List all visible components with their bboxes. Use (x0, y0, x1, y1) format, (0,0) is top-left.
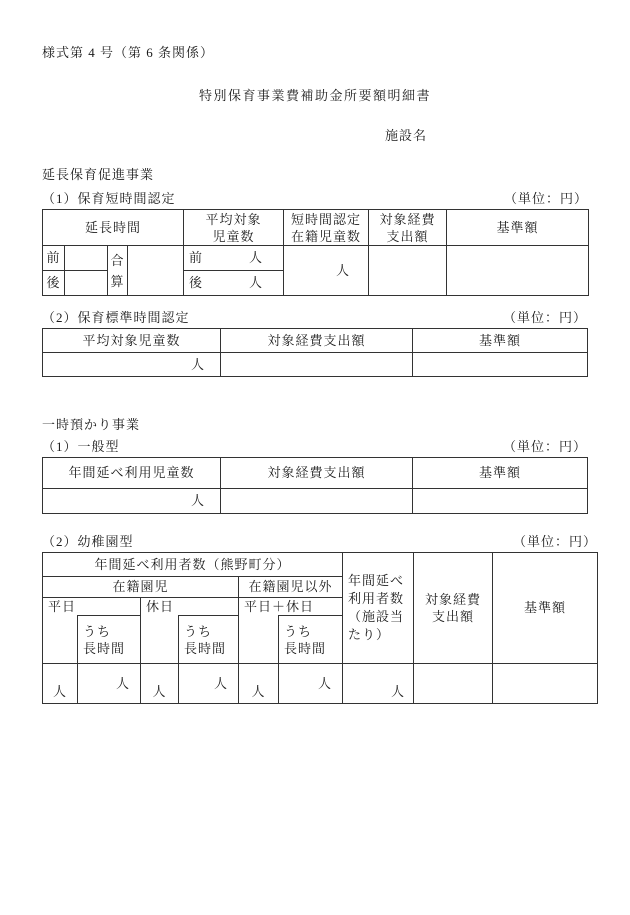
row-label-front: 前 (43, 246, 65, 271)
col-header-standard-amount: 基準額 (413, 329, 588, 353)
weekday-holiday-long-cell: 人 (279, 664, 343, 704)
col-header-expense: 対象経費 支出額 (369, 210, 447, 246)
spacer-cell (141, 616, 179, 664)
col-header-avg-children: 平均対象児童数 (43, 329, 221, 353)
weekday-holiday-total-cell: 人 (239, 664, 279, 704)
form-number: 様式第 4 号（第 6 条関係） (42, 45, 597, 61)
unit-person: 人 (249, 250, 263, 266)
subsection-short-time-title: （1）保育短時間認定 (42, 191, 176, 207)
spacer-cell (239, 616, 279, 664)
general-type-table: 年間延べ利用児童数 対象経費支出額 基準額 人 (42, 457, 588, 514)
col-header-short-time-enrolled: 短時間認定 在籍児童数 (284, 210, 369, 246)
unit-label: （単位：円） (503, 439, 587, 455)
holiday-total-cell: 人 (141, 664, 179, 704)
input-cell-extension-front (65, 246, 108, 271)
col-header-enrolled: 在籍園児 (43, 577, 239, 598)
col-header-standard-amount: 基準額 (413, 458, 588, 489)
input-cell-expense (414, 664, 493, 704)
col-header-weekday: 平日 (43, 598, 141, 616)
input-cell-standard (413, 353, 588, 377)
input-cell-standard (413, 489, 588, 514)
avg-children-cell: 人 (43, 353, 221, 377)
subsection-standard-time-title: （2）保育標準時間認定 (42, 310, 190, 326)
annual-children-cell: 人 (43, 489, 221, 514)
col-header-long-hours: うち 長時間 (179, 616, 239, 664)
col-header-expense: 対象経費支出額 (221, 458, 413, 489)
col-header-extension-time: 延長時間 (43, 210, 184, 246)
input-cell-expense (221, 353, 413, 377)
weekday-long-cell: 人 (78, 664, 141, 704)
holiday-long-cell: 人 (179, 664, 239, 704)
input-cell-expense (369, 246, 447, 296)
col-header-expense: 対象経費 支出額 (414, 553, 493, 664)
col-header-expense: 対象経費支出額 (221, 329, 413, 353)
short-time-enrolled-cell: 人 (284, 246, 369, 296)
standard-time-table: 平均対象児童数 対象経費支出額 基準額 人 (42, 328, 588, 377)
input-cell-extension-back (65, 271, 108, 296)
col-header-standard-amount: 基準額 (447, 210, 589, 246)
col-header-long-hours: うち 長時間 (78, 616, 141, 664)
avg-children-back-cell: 後 人 (184, 271, 284, 296)
facility-name-label: 施設名 (385, 128, 597, 144)
input-cell-extension-combined (128, 246, 184, 296)
col-header-standard-amount: 基準額 (493, 553, 598, 664)
spacer-cell (43, 616, 78, 664)
row-label-back: 後 (43, 271, 65, 296)
subsection-general-title: （1）一般型 (42, 439, 120, 455)
col-header-holiday: 休日 (141, 598, 239, 616)
subsection-kindergarten-title: （2）幼稚園型 (42, 534, 134, 550)
input-cell-standard (447, 246, 589, 296)
unit-person: 人 (249, 275, 263, 291)
form-page: 様式第 4 号（第 6 条関係） 特別保育事業費補助金所要額明細書 施設名 延長… (42, 45, 597, 704)
col-header-long-hours: うち 長時間 (279, 616, 343, 664)
input-cell-expense (221, 489, 413, 514)
kindergarten-type-table: 年間延べ利用者数（熊野町分） 年間延べ 利用者数 （施設当 たり） 対象経費 支… (42, 552, 598, 704)
col-header-annual-users-town: 年間延べ利用者数（熊野町分） (43, 553, 343, 577)
unit-label: （単位：円） (513, 534, 597, 550)
weekday-total-cell: 人 (43, 664, 78, 704)
col-header-avg-children: 平均対象 児童数 (184, 210, 284, 246)
row-label-combined: 合 算 (108, 246, 128, 296)
unit-label: （単位：円） (503, 310, 587, 326)
col-header-annual-users-facility: 年間延べ 利用者数 （施設当 たり） (343, 553, 414, 664)
avg-children-front-cell: 前 人 (184, 246, 284, 271)
col-header-non-enrolled: 在籍園児以外 (239, 577, 343, 598)
col-header-annual-children: 年間延べ利用児童数 (43, 458, 221, 489)
short-time-table: 延長時間 平均対象 児童数 短時間認定 在籍児童数 対象経費 支出額 基準額 前… (42, 209, 589, 296)
section-extended-care-heading: 延長保育促進事業 (42, 167, 597, 183)
unit-label: （単位：円） (504, 191, 588, 207)
section-temporary-care-heading: 一時預かり事業 (42, 417, 597, 433)
input-cell-standard (493, 664, 598, 704)
document-title: 特別保育事業費補助金所要額明細書 (42, 88, 588, 104)
facility-users-cell: 人 (343, 664, 414, 704)
col-header-weekday-holiday: 平日＋休日 (239, 598, 343, 616)
